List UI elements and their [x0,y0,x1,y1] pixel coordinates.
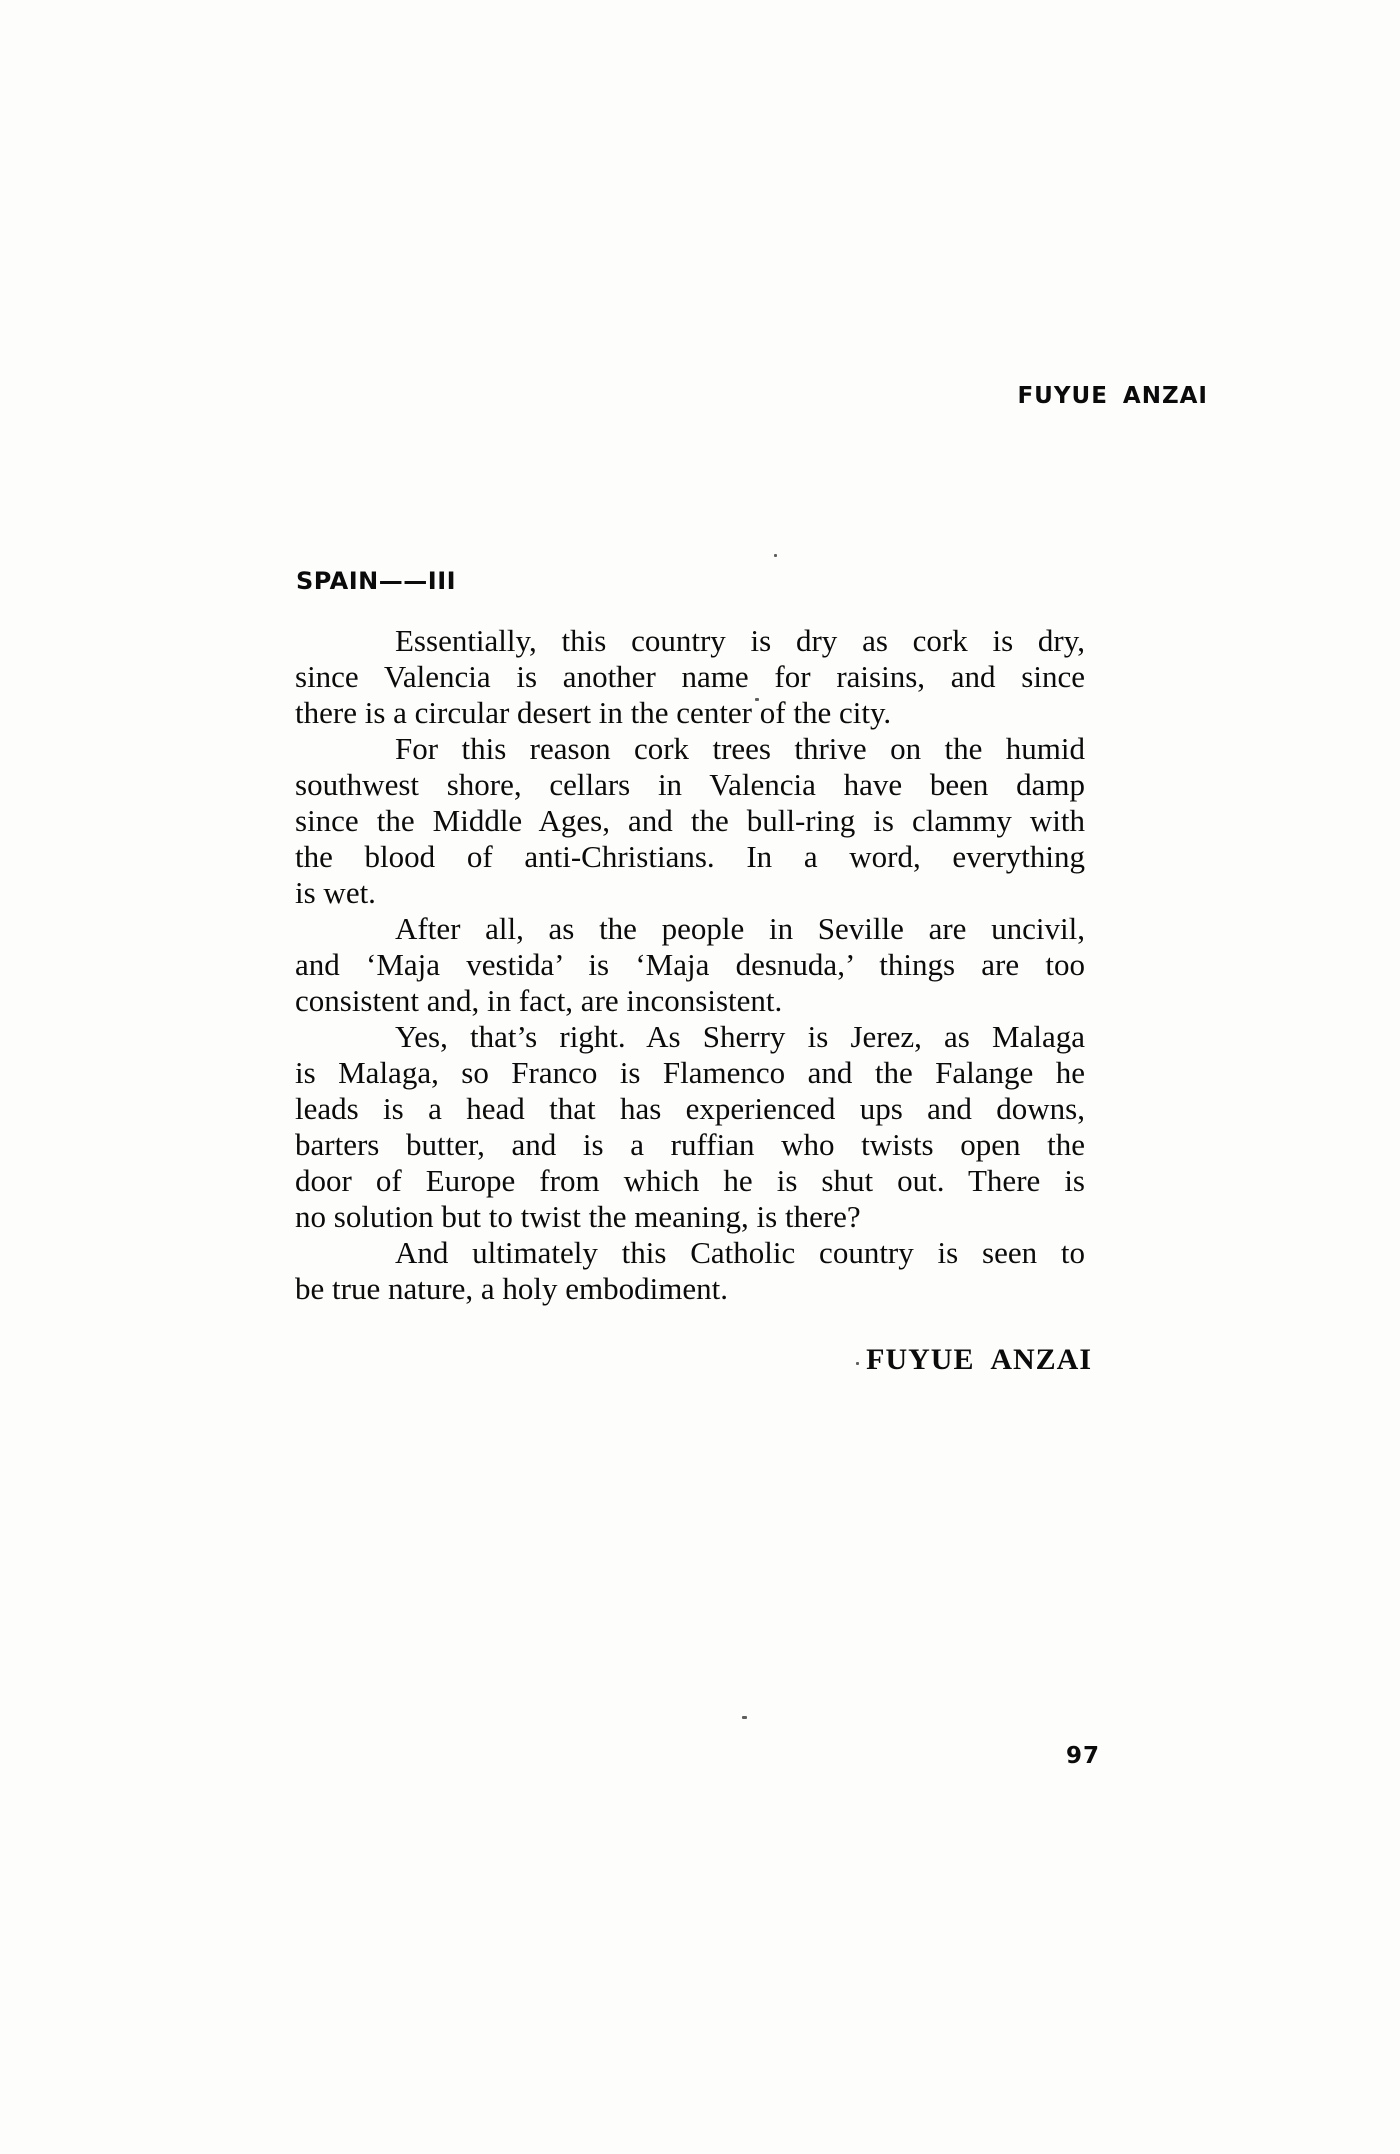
poem-line: Essentially, this country is dry as cork… [295,623,1085,659]
book-page: FUYUE ANZAI SPAIN——III Essentially, this… [0,0,1400,2154]
poem-line: there is a circular desert in the center… [295,695,1085,731]
poem-line: barters butter, and is a ruffian who twi… [295,1127,1085,1163]
poem-line: Yes, that’s right. As Sherry is Jerez, a… [295,1019,1085,1055]
poem-title: SPAIN——III [296,568,456,594]
scan-speck [774,554,777,557]
poem-line: the blood of anti-Christians. In a word,… [295,839,1085,875]
poem-line: no solution but to twist the meaning, is… [295,1199,1085,1235]
scan-speck [856,1362,859,1365]
scan-speck [755,698,759,701]
poem-line: consistent and, in fact, are inconsisten… [295,983,1085,1019]
poem-line: For this reason cork trees thrive on the… [295,731,1085,767]
poem-body: Essentially, this country is dry as cork… [295,623,1085,1307]
poem-line: And ultimately this Catholic country is … [295,1235,1085,1271]
poem-line: southwest shore, cellars in Valencia hav… [295,767,1085,803]
poem-line: door of Europe from which he is shut out… [295,1163,1085,1199]
page-number: 97 [1066,1744,1100,1768]
poem-line: After all, as the people in Seville are … [295,911,1085,947]
poem-line: since the Middle Ages, and the bull-ring… [295,803,1085,839]
running-head-author: FUYUE ANZAI [1017,384,1208,408]
scan-speck [742,1716,747,1719]
author-signature: FUYUE ANZAI [866,1342,1092,1378]
poem-line: is wet. [295,875,1085,911]
poem-line: is Malaga, so Franco is Flamenco and the… [295,1055,1085,1091]
poem-line: leads is a head that has experienced ups… [295,1091,1085,1127]
poem-line: and ‘Maja vestida’ is ‘Maja desnuda,’ th… [295,947,1085,983]
poem-line: since Valencia is another name for raisi… [295,659,1085,695]
poem-line: be true nature, a holy embodiment. [295,1271,1085,1307]
